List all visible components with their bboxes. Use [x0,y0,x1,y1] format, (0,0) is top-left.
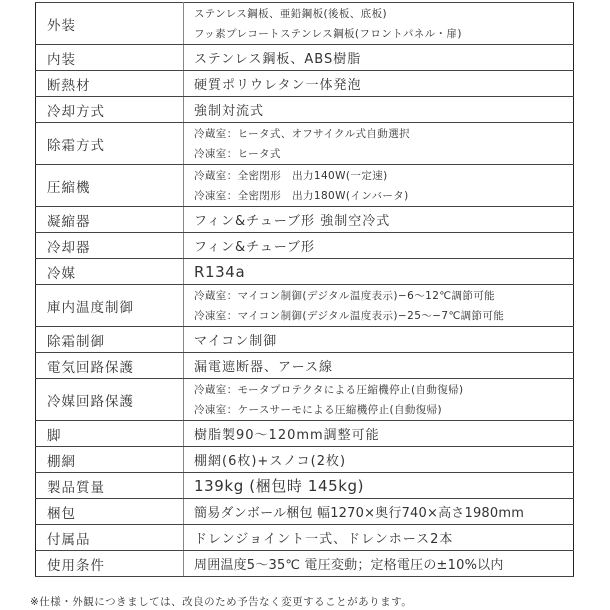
spec-value: 冷蔵室：モータプロテクタによる圧縮機停止(自動復帰) 冷凍室：ケースサーモによる… [184,379,574,421]
spec-row-interior: 内装 ステンレス鋼板、ABS樹脂 [36,45,574,71]
spec-label: 製品質量 [36,473,184,499]
spec-value: R134a [184,259,574,285]
spec-row-insulation: 断熱材 硬質ポリウレタン一体発泡 [36,71,574,97]
spec-label: 梱包 [36,499,184,525]
spec-row-defrost-control: 除霜制御 マイコン制御 [36,327,574,353]
spec-row-legs: 脚 樹脂製90〜120mm調整可能 [36,421,574,447]
spec-value: 樹脂製90〜120mm調整可能 [184,421,574,447]
spec-value-line: 硬質ポリウレタン一体発泡 [194,74,573,93]
spec-value-line: 樹脂製90〜120mm調整可能 [194,424,573,443]
spec-row-condenser: 凝縮器 フィン&チューブ形 強制空冷式 [36,207,574,233]
spec-row-operating-conditions: 使用条件 周囲温度5〜35℃ 電圧変動；定格電圧の±10%以内 [36,551,574,577]
spec-value: ドレンジョイント一式、ドレンホース2本 [184,525,574,551]
spec-value-line: 冷蔵室：モータプロテクタによる圧縮機停止(自動復帰) [194,380,573,400]
spec-value-line: 棚網(6枚)+スノコ(2枚) [194,450,573,469]
spec-value: 冷蔵室：ヒータ式、オフサイクル式自動選択 冷凍室：ヒータ式 [184,123,574,165]
spec-row-evaporator: 冷却器 フィン&チューブ形 [36,233,574,259]
spec-table: 外装 ステンレス鋼板、亜鉛鋼板(後板、底板) フッ素プレコートステンレス鋼板(フ… [35,2,574,577]
spec-row-cooling-method: 冷却方式 強制対流式 [36,97,574,123]
spec-value: 周囲温度5〜35℃ 電圧変動；定格電圧の±10%以内 [184,551,574,577]
spec-label: 凝縮器 [36,207,184,233]
spec-value-line: 周囲温度5〜35℃ 電圧変動；定格電圧の±10%以内 [194,554,573,573]
spec-value-line: 強制対流式 [194,100,573,119]
spec-row-exterior: 外装 ステンレス鋼板、亜鉛鋼板(後板、底板) フッ素プレコートステンレス鋼板(フ… [36,3,574,45]
spec-value-line: 冷蔵室：ヒータ式、オフサイクル式自動選択 [194,124,573,144]
spec-value: 漏電遮断器、アース線 [184,353,574,379]
spec-value-line: フッ素プレコートステンレス鋼板(フロントパネル・扉) [194,24,573,44]
spec-label: 付属品 [36,525,184,551]
spec-row-defrost-method: 除霜方式 冷蔵室：ヒータ式、オフサイクル式自動選択 冷凍室：ヒータ式 [36,123,574,165]
footnote: ※仕様・外観につきましては、改良のため予告なく変更することがあります。 [30,594,412,609]
spec-value-line: フィン&チューブ形 [194,236,573,255]
spec-value-line: 漏電遮断器、アース線 [194,356,573,375]
spec-row-electrical-protection: 電気回路保護 漏電遮断器、アース線 [36,353,574,379]
spec-value-line: ステンレス鋼板、ABS樹脂 [194,48,573,67]
spec-row-shelves: 棚網 棚網(6枚)+スノコ(2枚) [36,447,574,473]
spec-value: 棚網(6枚)+スノコ(2枚) [184,447,574,473]
spec-value-line: ステンレス鋼板、亜鉛鋼板(後板、底板) [194,4,573,24]
spec-value-line: フィン&チューブ形 強制空冷式 [194,210,573,229]
spec-label: 冷媒回路保護 [36,379,184,421]
spec-value: ステンレス鋼板、亜鉛鋼板(後板、底板) フッ素プレコートステンレス鋼板(フロント… [184,3,574,45]
spec-value: 簡易ダンボール梱包 幅1270×奥行740×高さ1980mm [184,499,574,525]
spec-value: 硬質ポリウレタン一体発泡 [184,71,574,97]
spec-label: 除霜制御 [36,327,184,353]
spec-label: 圧縮機 [36,165,184,207]
spec-value-line: 簡易ダンボール梱包 幅1270×奥行740×高さ1980mm [194,502,573,521]
spec-value: 強制対流式 [184,97,574,123]
spec-row-accessories: 付属品 ドレンジョイント一式、ドレンホース2本 [36,525,574,551]
spec-row-weight: 製品質量 139kg (梱包時 145kg) [36,473,574,499]
spec-row-refrigerant: 冷媒 R134a [36,259,574,285]
spec-value: ステンレス鋼板、ABS樹脂 [184,45,574,71]
spec-row-temperature-control: 庫内温度制御 冷蔵室：マイコン制御(デジタル温度表示)−6〜12℃調節可能 冷凍… [36,285,574,327]
spec-label: 冷却器 [36,233,184,259]
spec-value: フィン&チューブ形 [184,233,574,259]
spec-value-line: ドレンジョイント一式、ドレンホース2本 [194,528,573,547]
spec-value-line: 冷凍室：ヒータ式 [194,144,573,164]
spec-label: 脚 [36,421,184,447]
spec-value-line: 冷凍室：全密閉形 出力180W(インバータ) [194,186,573,206]
spec-value: 冷蔵室：マイコン制御(デジタル温度表示)−6〜12℃調節可能 冷凍室：マイコン制… [184,285,574,327]
spec-label: 冷媒 [36,259,184,285]
spec-label: 断熱材 [36,71,184,97]
spec-value-line: マイコン制御 [194,330,573,349]
spec-label: 除霜方式 [36,123,184,165]
spec-value-line: 冷凍室：ケースサーモによる圧縮機停止(自動復帰) [194,400,573,420]
spec-value-line: 冷凍室：マイコン制御(デジタル温度表示)−25〜−7℃調節可能 [194,306,573,326]
spec-row-refrigerant-circuit-protection: 冷媒回路保護 冷蔵室：モータプロテクタによる圧縮機停止(自動復帰) 冷凍室：ケー… [36,379,574,421]
spec-label: 冷却方式 [36,97,184,123]
spec-value-line: 冷蔵室：マイコン制御(デジタル温度表示)−6〜12℃調節可能 [194,286,573,306]
spec-label: 外装 [36,3,184,45]
spec-row-packaging: 梱包 簡易ダンボール梱包 幅1270×奥行740×高さ1980mm [36,499,574,525]
spec-value-line: 冷蔵室：全密閉形 出力140W(一定速) [194,166,573,186]
spec-row-compressor: 圧縮機 冷蔵室：全密閉形 出力140W(一定速) 冷凍室：全密閉形 出力180W… [36,165,574,207]
spec-value: フィン&チューブ形 強制空冷式 [184,207,574,233]
spec-label: 使用条件 [36,551,184,577]
spec-value: 139kg (梱包時 145kg) [184,473,574,499]
spec-value-line: 139kg (梱包時 145kg) [194,475,573,496]
spec-label: 電気回路保護 [36,353,184,379]
spec-value: 冷蔵室：全密閉形 出力140W(一定速) 冷凍室：全密閉形 出力180W(インバ… [184,165,574,207]
spec-label: 庫内温度制御 [36,285,184,327]
spec-label: 棚網 [36,447,184,473]
spec-value: マイコン制御 [184,327,574,353]
spec-label: 内装 [36,45,184,71]
spec-value-line: R134a [194,263,573,281]
